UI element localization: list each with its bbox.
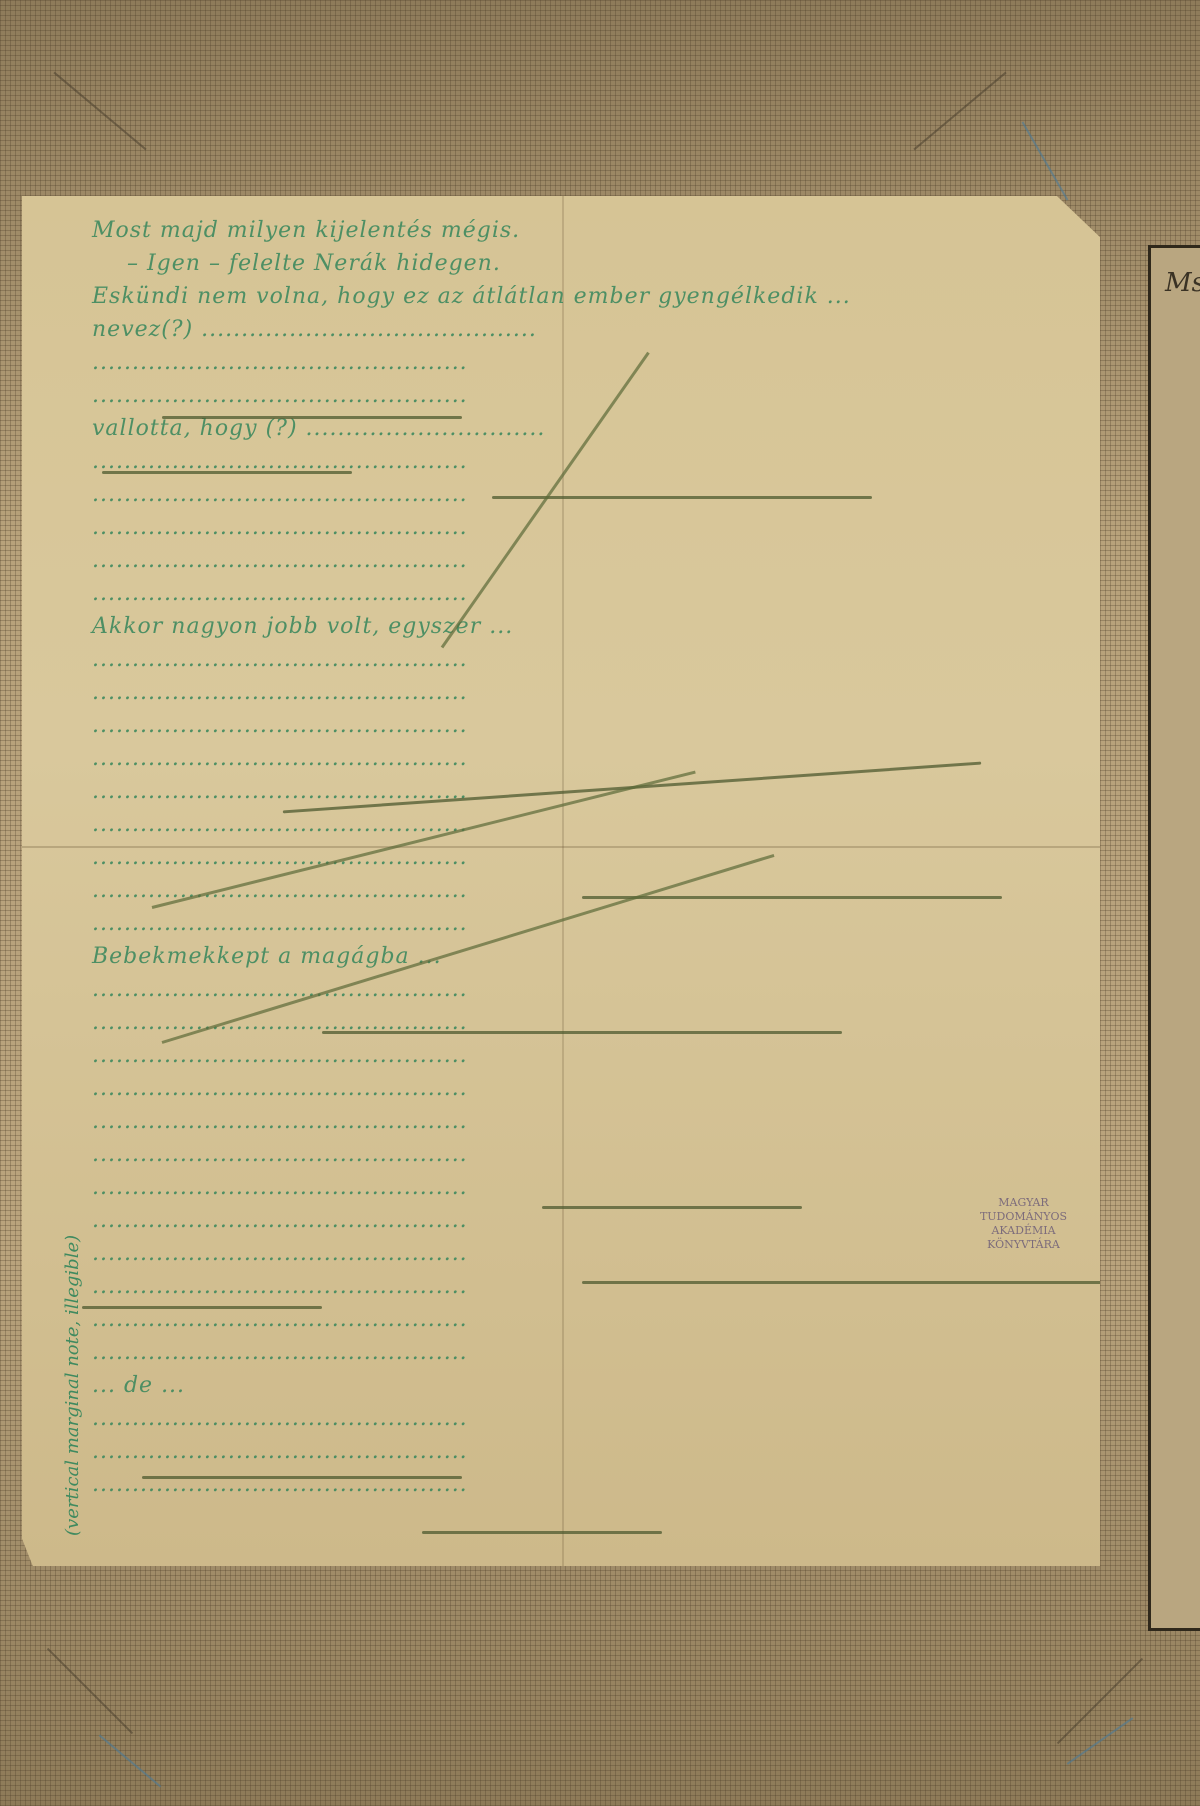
- manuscript-line: ........................................…: [92, 746, 468, 771]
- corner-mark-bottom-right: [1057, 1658, 1143, 1744]
- corner-mark-bottom-left-blue: [99, 1735, 162, 1788]
- library-stamp: MAGYAR TUDOMÁNYOS AKADÉMIA KÖNYVTÁRA: [947, 1196, 1100, 1252]
- strikethrough: [582, 1281, 1102, 1284]
- manuscript-line: nevez(?) ...............................…: [92, 317, 537, 342]
- manuscript-line: ........................................…: [92, 1175, 468, 1200]
- strikethrough: [582, 896, 1002, 899]
- manuscript-line: ........................................…: [92, 1406, 468, 1431]
- stamp-line-1: MAGYAR: [947, 1196, 1100, 1210]
- manuscript-line: ........................................…: [92, 977, 468, 1002]
- manuscript-line: ........................................…: [92, 779, 468, 804]
- strikethrough: [322, 1031, 842, 1034]
- manuscript-line: ........................................…: [92, 548, 468, 573]
- corner-mark-top-left: [53, 72, 146, 151]
- manuscript-line: ........................................…: [92, 647, 468, 672]
- manuscript-line: ........................................…: [92, 812, 468, 837]
- side-card-text: Ms: [1165, 268, 1200, 298]
- manuscript-line: – Igen – felelte Nerák hidegen.: [127, 251, 501, 276]
- manuscript-line: ........................................…: [92, 680, 468, 705]
- manuscript-line: ........................................…: [92, 1307, 468, 1332]
- corner-mark-bottom-left: [47, 1648, 133, 1734]
- manuscript-line: ........................................…: [92, 1076, 468, 1101]
- manuscript-line: Eskündi nem volna, hogy ez az átlátlan e…: [92, 284, 851, 309]
- manuscript-line: ........................................…: [92, 1274, 468, 1299]
- manuscript-line: ........................................…: [92, 845, 468, 870]
- strikethrough: [542, 1206, 802, 1209]
- manuscript-line: Bebekmekkept a magágba ...: [92, 944, 442, 969]
- manuscript-line: ........................................…: [92, 1208, 468, 1233]
- manuscript-page: (vertical marginal note, illegible) Most…: [22, 196, 1100, 1566]
- manuscript-line: ........................................…: [92, 482, 468, 507]
- manuscript-line: ........................................…: [92, 713, 468, 738]
- strikethrough: [142, 1476, 462, 1479]
- manuscript-line: ........................................…: [92, 1109, 468, 1134]
- manuscript-line: vallotta, hogy (?) .....................…: [92, 416, 545, 441]
- adjacent-document-card: Ms: [1148, 245, 1200, 1631]
- manuscript-line: ........................................…: [92, 1043, 468, 1068]
- manuscript-line: ........................................…: [92, 383, 468, 408]
- manuscript-line: ........................................…: [92, 1241, 468, 1266]
- manuscript-line: Most majd milyen kijelentés mégis.: [92, 218, 520, 243]
- paper-fold-vertical: [562, 196, 564, 1566]
- strikethrough: [422, 1531, 662, 1534]
- manuscript-line: ........................................…: [92, 581, 468, 606]
- manuscript-line: ........................................…: [92, 911, 468, 936]
- corner-mark-top-right-blue: [1022, 122, 1069, 201]
- manuscript-line: ... de ...: [92, 1373, 185, 1398]
- manuscript-line: ........................................…: [92, 1340, 468, 1365]
- manuscript-line: ........................................…: [92, 515, 468, 540]
- strikethrough: [82, 1306, 322, 1309]
- manuscript-line: ........................................…: [92, 350, 468, 375]
- manuscript-line: ........................................…: [92, 878, 468, 903]
- diagonal-cancel-line: [441, 352, 650, 649]
- strikethrough: [162, 416, 462, 419]
- margin-note: (vertical marginal note, illegible): [62, 336, 83, 1536]
- stamp-line-3: KÖNYVTÁRA: [947, 1238, 1100, 1252]
- manuscript-line: ........................................…: [92, 1142, 468, 1167]
- stamp-line-2: TUDOMÁNYOS AKADÉMIA: [947, 1210, 1100, 1238]
- corner-mark-top-right: [913, 72, 1006, 151]
- strikethrough: [102, 471, 352, 474]
- manuscript-line: ........................................…: [92, 1439, 468, 1464]
